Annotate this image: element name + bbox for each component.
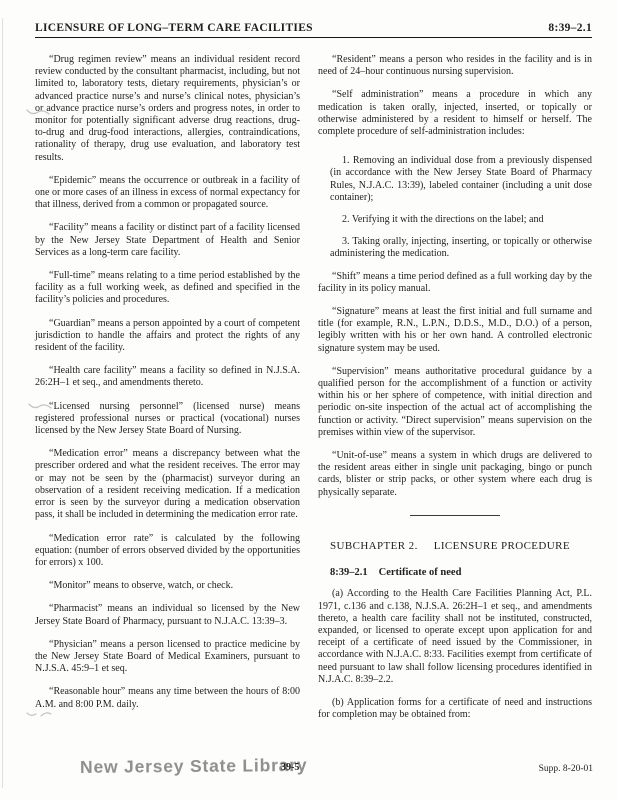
- library-stamp: New Jersey State Library: [80, 755, 308, 778]
- header-section-number: 8:39–2.1: [548, 22, 592, 34]
- page-number: 39-5: [281, 762, 299, 773]
- page-edge-line: [2, 18, 3, 788]
- left-column: “Drug regimen review” means an individua…: [35, 54, 300, 722]
- section-title: Certificate of need: [379, 567, 462, 578]
- definition-facility: “Facility” means a facility or distinct …: [35, 222, 300, 259]
- definition-self-administration: “Self administration” means a procedure …: [318, 89, 592, 138]
- definition-health-care-facility: “Health care facility” means a facility …: [35, 365, 300, 389]
- definition-drug-regimen-review: “Drug regimen review” means an individua…: [35, 54, 300, 164]
- self-admin-step-2: 2. Verifying it with the directions on t…: [318, 214, 592, 226]
- definition-epidemic: “Epidemic” means the occurrence or outbr…: [35, 175, 300, 212]
- definition-pharmacist: “Pharmacist” means an individual so lice…: [35, 603, 300, 627]
- certificate-of-need-paragraph-a: (a) According to the Health Care Facilit…: [318, 588, 592, 686]
- definition-medication-error: “Medication error” means a discrepancy b…: [35, 448, 300, 521]
- pencil-margin-mark-icon: [26, 707, 52, 719]
- section-number: 8:39–2.1: [330, 567, 368, 578]
- header-title: LICENSURE OF LONG–TERM CARE FACILITIES: [35, 22, 313, 34]
- subchapter-label: SUBCHAPTER 2.: [330, 540, 418, 552]
- definition-unit-of-use: “Unit-of-use” means a system in which dr…: [318, 450, 592, 499]
- definition-shift: “Shift” means a time period defined as a…: [318, 271, 592, 295]
- subchapter-title: LICENSURE PROCEDURE: [434, 540, 570, 552]
- definition-resident: “Resident” means a person who resides in…: [318, 54, 592, 78]
- definition-medication-error-rate: “Medication error rate” is calculated by…: [35, 533, 300, 570]
- definition-full-time: “Full-time” means relating to a time per…: [35, 270, 300, 307]
- section-divider: [410, 515, 500, 516]
- certificate-of-need-paragraph-b: (b) Application forms for a certificate …: [318, 697, 592, 721]
- page-header: LICENSURE OF LONG–TERM CARE FACILITIES 8…: [35, 22, 592, 38]
- self-admin-step-3: 3. Taking orally, injecting, inserting, …: [318, 236, 592, 260]
- definition-monitor: “Monitor” means to observe, watch, or ch…: [35, 580, 300, 592]
- definition-reasonable-hour: “Reasonable hour” means any time between…: [35, 686, 300, 710]
- definition-guardian: “Guardian” means a person appointed by a…: [35, 318, 300, 355]
- pencil-margin-mark-icon: [26, 106, 50, 118]
- pencil-margin-mark-icon: [28, 400, 52, 412]
- self-admin-step-1: 1. Removing an individual dose from a pr…: [318, 155, 592, 204]
- definition-signature: “Signature” means at least the first ini…: [318, 306, 592, 355]
- definition-supervision: “Supervision” means authoritative proced…: [318, 366, 592, 439]
- definition-licensed-nursing-personnel: “Licensed nursing personnel” (licensed n…: [35, 401, 300, 438]
- document-page: LICENSURE OF LONG–TERM CARE FACILITIES 8…: [0, 0, 618, 800]
- subchapter-heading: SUBCHAPTER 2.LICENSURE PROCEDURE: [318, 540, 592, 552]
- certificate-of-need-heading: 8:39–2.1Certificate of need: [318, 567, 592, 579]
- supplement-note: Supp. 8-20-01: [539, 764, 593, 774]
- definition-physician: “Physician” means a person licensed to p…: [35, 639, 300, 676]
- right-column: “Resident” means a person who resides in…: [318, 54, 592, 732]
